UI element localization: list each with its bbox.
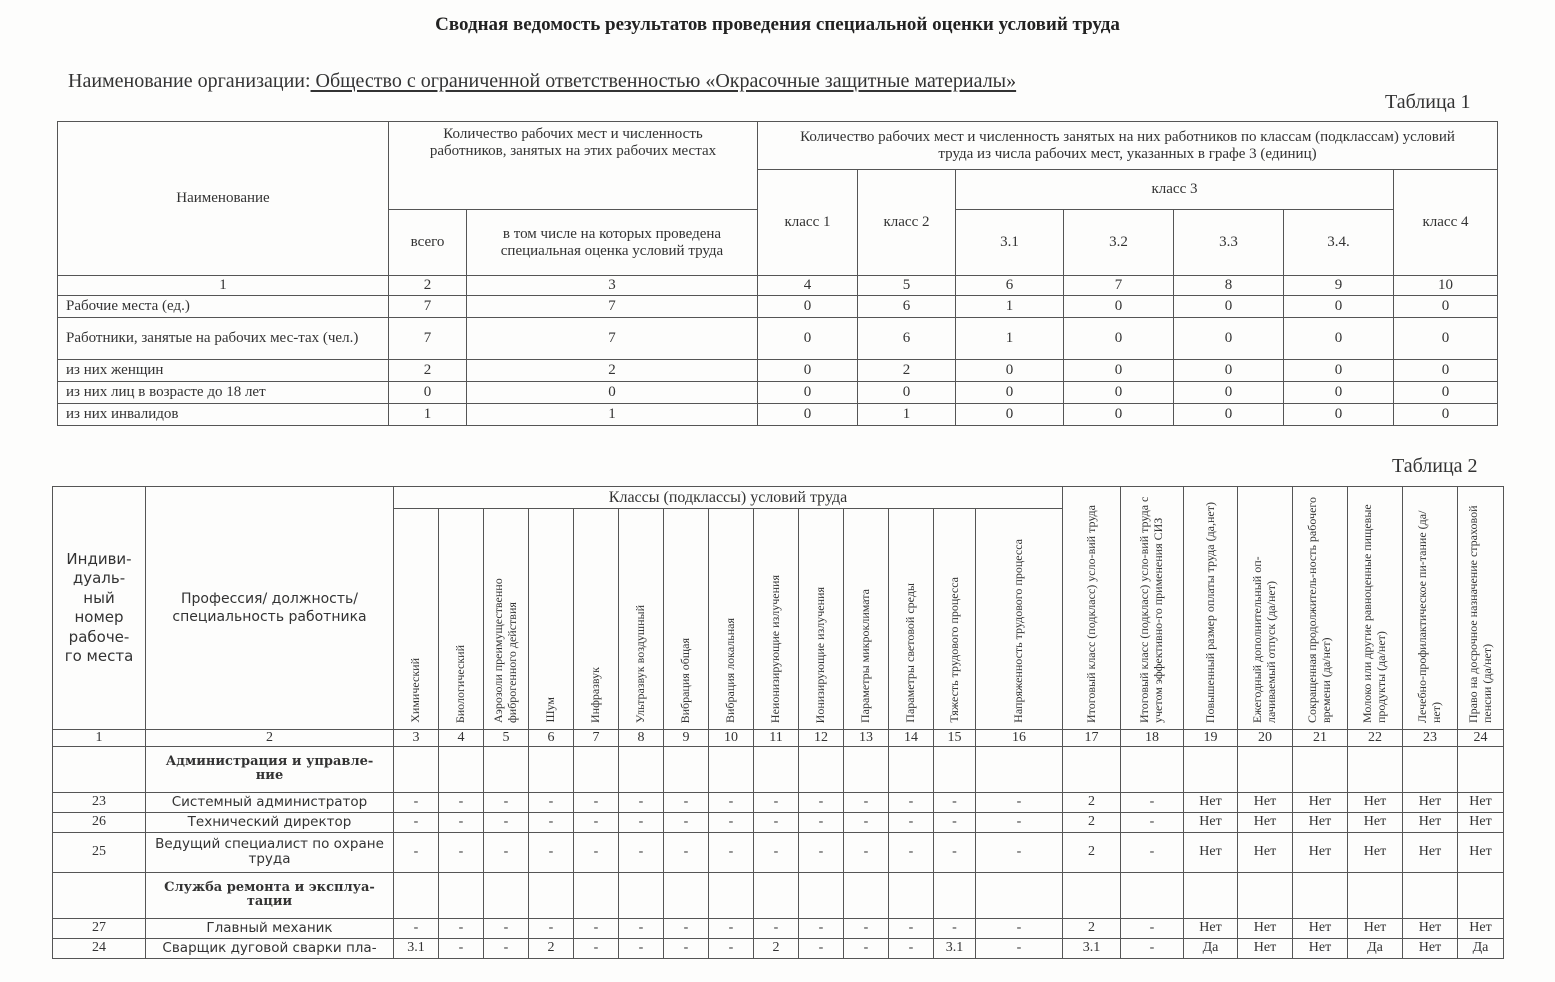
workplace-id: 26: [53, 812, 146, 832]
cell-value: 3.1: [1063, 938, 1121, 958]
section-row: Администрация и управле-ние: [53, 746, 1504, 792]
cell-value: 0: [1064, 296, 1174, 318]
empty-cell: [439, 872, 484, 918]
column-number: 20: [1238, 730, 1293, 747]
column-number: 7: [574, 730, 619, 747]
empty-cell: [619, 746, 664, 792]
column-number: 10: [709, 730, 754, 747]
cell-value: Нет: [1293, 792, 1348, 812]
row-name: из них лиц в возрасте до 18 лет: [58, 382, 389, 404]
cell-value: -: [484, 792, 529, 812]
row-name: Работники, занятые на рабочих мес-тах (ч…: [58, 318, 389, 360]
document-title: Сводная ведомость результатов проведения…: [0, 14, 1555, 36]
empty-cell: [439, 746, 484, 792]
cell-value: 2: [529, 938, 574, 958]
empty-cell: [394, 746, 439, 792]
cell-value: -: [844, 792, 889, 812]
empty-cell: [1458, 872, 1504, 918]
empty-cell: [1293, 746, 1348, 792]
empty-cell: [976, 872, 1063, 918]
workplace-id: 25: [53, 832, 146, 872]
cell-value: Нет: [1238, 918, 1293, 938]
cell-value: Нет: [1458, 918, 1504, 938]
empty-cell: [889, 746, 934, 792]
column-number: 10: [1394, 276, 1498, 296]
cell-value: -: [976, 812, 1063, 832]
cell-value: 3.1: [934, 938, 976, 958]
cell-value: -: [889, 832, 934, 872]
column-number: 4: [439, 730, 484, 747]
column-number: 15: [934, 730, 976, 747]
table1-label: Таблица 1: [1385, 91, 1471, 114]
cell-value: -: [889, 938, 934, 958]
cell-value: Да: [1458, 938, 1504, 958]
cell-value: Нет: [1184, 918, 1238, 938]
cell-value: Нет: [1403, 918, 1458, 938]
column-number: 9: [664, 730, 709, 747]
cell-value: -: [709, 918, 754, 938]
header-profession-text: Профессия/ должность/ специальность рабо…: [172, 591, 366, 625]
empty-cell: [1348, 872, 1403, 918]
cell-value: 0: [1284, 318, 1394, 360]
cell-value: 7: [467, 296, 758, 318]
cell-value: 0: [1394, 318, 1498, 360]
cell-value: -: [934, 792, 976, 812]
cell-value: Нет: [1293, 918, 1348, 938]
profession-name: Технический директор: [146, 812, 394, 832]
table-row: 23Системный администратор--------------2…: [53, 792, 1504, 812]
cell-value: 0: [1064, 318, 1174, 360]
column-number: 24: [1458, 730, 1504, 747]
cell-value: Нет: [1458, 792, 1504, 812]
cell-value: Нет: [1238, 832, 1293, 872]
empty-cell: [976, 746, 1063, 792]
header-factor: Аэрозоли преимущественно фиброгенного де…: [484, 509, 529, 730]
cell-value: -: [934, 832, 976, 872]
cell-value: -: [484, 918, 529, 938]
cell-value: -: [754, 832, 799, 872]
empty-cell: [1348, 746, 1403, 792]
empty-cell: [1238, 872, 1293, 918]
empty-cell: [1184, 872, 1238, 918]
cell-value: 0: [1394, 382, 1498, 404]
header-factor: Ультразвук воздушный: [619, 509, 664, 730]
header-summary-text: Сокращенная продолжитель-ность рабочего …: [1306, 489, 1334, 729]
section-row: Служба ремонта и эксплуа-тации: [53, 872, 1504, 918]
table-row: Работники, занятые на рабочих мес-тах (ч…: [58, 318, 1498, 360]
cell-value: -: [574, 812, 619, 832]
workplace-id: 27: [53, 918, 146, 938]
cell-value: -: [619, 792, 664, 812]
column-number: 21: [1293, 730, 1348, 747]
header-summary-text: Лечебно-профилактическое пи-тание (да/не…: [1416, 489, 1444, 729]
header-factor: Биологический: [439, 509, 484, 730]
table2-label: Таблица 2: [1392, 455, 1478, 478]
row-name: из них инвалидов: [58, 404, 389, 426]
cell-value: 0: [1394, 404, 1498, 426]
table2-body: Администрация и управле-ние23Системный а…: [53, 746, 1504, 958]
cell-value: Нет: [1403, 812, 1458, 832]
empty-cell: [754, 872, 799, 918]
empty-cell: [1458, 746, 1504, 792]
cell-value: 2: [389, 360, 467, 382]
header-summary-text: Ежегодный дополнительный оп-лачиваемый о…: [1251, 489, 1279, 729]
column-number: 7: [1064, 276, 1174, 296]
cell-value: -: [844, 812, 889, 832]
empty-cell: [799, 872, 844, 918]
cell-value: Нет: [1184, 792, 1238, 812]
header-factor: Ионизирующие излучения: [799, 509, 844, 730]
header-sub-3-1: 3.1: [956, 210, 1064, 276]
cell-value: -: [799, 832, 844, 872]
cell-value: Нет: [1403, 938, 1458, 958]
cell-value: 3.1: [394, 938, 439, 958]
cell-value: -: [574, 832, 619, 872]
cell-value: -: [484, 812, 529, 832]
cell-value: -: [976, 832, 1063, 872]
cell-value: -: [799, 792, 844, 812]
cell-value: 0: [758, 296, 858, 318]
cell-value: 0: [758, 382, 858, 404]
header-factor: Химический: [394, 509, 439, 730]
cell-value: 0: [1174, 318, 1284, 360]
column-number: 12: [799, 730, 844, 747]
cell-value: 7: [389, 318, 467, 360]
cell-value: -: [709, 792, 754, 812]
row-name: Рабочие места (ед.): [58, 296, 389, 318]
organization-name: Общество с ограниченной ответственностью…: [311, 70, 1017, 92]
empty-cell: [1403, 872, 1458, 918]
column-number: 2: [389, 276, 467, 296]
header-profession: Профессия/ должность/ специальность рабо…: [146, 487, 394, 730]
cell-value: -: [844, 832, 889, 872]
empty-cell: [1063, 872, 1121, 918]
cell-value: 0: [758, 360, 858, 382]
column-number: 6: [956, 276, 1064, 296]
cell-value: -: [484, 938, 529, 958]
header-factor-text: Неионизирующие излучения: [769, 569, 783, 729]
empty-cell: [1063, 746, 1121, 792]
cell-value: -: [709, 812, 754, 832]
cell-value: 0: [1064, 404, 1174, 426]
table-row: из них инвалидов110100000: [58, 404, 1498, 426]
header-class4: класс 4: [1394, 170, 1498, 276]
section-id-empty: [53, 872, 146, 918]
cell-value: Нет: [1293, 832, 1348, 872]
cell-value: -: [709, 938, 754, 958]
cell-value: Нет: [1293, 938, 1348, 958]
header-summary: Итоговый класс (подкласс) усло-вий труда: [1063, 487, 1121, 730]
section-id-empty: [53, 746, 146, 792]
profession-name: Системный администратор: [146, 792, 394, 812]
header-sub-3-3: 3.3: [1174, 210, 1284, 276]
cell-value: -: [529, 918, 574, 938]
cell-value: 6: [858, 296, 956, 318]
cell-value: -: [976, 792, 1063, 812]
header-factor-text: Аэрозоли преимущественно фиброгенного де…: [492, 509, 520, 729]
header-summary-text: Молоко или другие равноценные пищевые пр…: [1361, 489, 1389, 729]
column-number: 19: [1184, 730, 1238, 747]
empty-cell: [709, 872, 754, 918]
header-factor: Параметры микроклимата: [844, 509, 889, 730]
cell-value: -: [619, 832, 664, 872]
header-class2: класс 2: [858, 170, 956, 276]
header-sub-3-2: 3.2: [1064, 210, 1174, 276]
empty-cell: [529, 872, 574, 918]
cell-value: 7: [389, 296, 467, 318]
header-factor-text: Вибрация локальная: [724, 612, 738, 729]
cell-value: -: [439, 792, 484, 812]
cell-value: 2: [754, 938, 799, 958]
header-factor-text: Ультразвук воздушный: [634, 599, 648, 729]
cell-value: 0: [758, 318, 858, 360]
column-number: 13: [844, 730, 889, 747]
section-name: Администрация и управле-ние: [146, 746, 394, 792]
cell-value: -: [844, 938, 889, 958]
cell-value: 2: [1063, 812, 1121, 832]
empty-cell: [664, 746, 709, 792]
header-factor: Параметры световой среды: [889, 509, 934, 730]
empty-cell: [1293, 872, 1348, 918]
empty-cell: [844, 872, 889, 918]
column-number: 4: [758, 276, 858, 296]
cell-value: Нет: [1238, 792, 1293, 812]
header-summary: Повышенный размер оплаты труда (да,нет): [1184, 487, 1238, 730]
empty-cell: [1403, 746, 1458, 792]
empty-cell: [799, 746, 844, 792]
cell-value: 0: [956, 382, 1064, 404]
row-name: из них женщин: [58, 360, 389, 382]
empty-cell: [619, 872, 664, 918]
column-number: 11: [754, 730, 799, 747]
header-factor-text: Вибрация общая: [679, 632, 693, 729]
table-row: Рабочие места (ед.)770610000: [58, 296, 1498, 318]
column-number: 3: [394, 730, 439, 747]
header-factor-text: Химический: [409, 652, 423, 729]
table-row: 24Сварщик дуговой сварки пла-3.1--2----2…: [53, 938, 1504, 958]
column-number: 23: [1403, 730, 1458, 747]
cell-value: -: [439, 832, 484, 872]
cell-value: -: [394, 918, 439, 938]
cell-value: 0: [858, 382, 956, 404]
column-number: 17: [1063, 730, 1121, 747]
cell-value: Нет: [1238, 938, 1293, 958]
cell-value: 0: [1284, 296, 1394, 318]
profession-name: Сварщик дуговой сварки пла-: [146, 938, 394, 958]
header-summary: Молоко или другие равноценные пищевые пр…: [1348, 487, 1403, 730]
column-number: 2: [146, 730, 394, 747]
header-factor-text: Инфразвук: [589, 661, 603, 729]
header-factor-text: Напряженность трудового процесса: [1012, 533, 1026, 729]
cell-value: Нет: [1184, 812, 1238, 832]
cell-value: -: [619, 812, 664, 832]
header-class1: класс 1: [758, 170, 858, 276]
cell-value: 0: [1174, 382, 1284, 404]
cell-value: -: [1121, 792, 1184, 812]
header-classes-group: Классы (подклассы) условий труда: [394, 487, 1063, 509]
cell-value: -: [664, 832, 709, 872]
header-workplace-id: Индиви-дуаль-ный номер рабоче-го места: [53, 487, 146, 730]
column-number: 9: [1284, 276, 1394, 296]
cell-value: 0: [1394, 360, 1498, 382]
organization-line: Наименование организации: Общество с огр…: [68, 70, 1016, 93]
header-summary: Итоговый класс (подкласс) усло-вий труда…: [1121, 487, 1184, 730]
cell-value: -: [574, 918, 619, 938]
header-factor: Шум: [529, 509, 574, 730]
cell-value: -: [799, 812, 844, 832]
header-workplace-id-text: Индиви-дуаль-ный номер рабоче-го места: [65, 550, 134, 666]
cell-value: -: [529, 812, 574, 832]
cell-value: -: [394, 812, 439, 832]
column-number: 22: [1348, 730, 1403, 747]
cell-value: 0: [956, 404, 1064, 426]
cell-value: -: [664, 938, 709, 958]
header-factor-text: Ионизирующие излучения: [814, 581, 828, 729]
header-factor-text: Тяжесть трудового процесса: [948, 571, 962, 729]
column-number: 16: [976, 730, 1063, 747]
cell-value: -: [889, 792, 934, 812]
header-summary-text: Итоговый класс (подкласс) усло-вий труда: [1085, 499, 1099, 729]
cell-value: 0: [389, 382, 467, 404]
profession-name: Главный механик: [146, 918, 394, 938]
column-number-row: 123456789101112131415161718192021222324: [53, 730, 1504, 747]
table-row: из них лиц в возрасте до 18 лет000000000: [58, 382, 1498, 404]
cell-value: 2: [1063, 918, 1121, 938]
cell-value: 0: [467, 382, 758, 404]
table-row: из них женщин220200000: [58, 360, 1498, 382]
cell-value: 1: [956, 296, 1064, 318]
cell-value: Нет: [1238, 812, 1293, 832]
empty-cell: [664, 872, 709, 918]
cell-value: 0: [758, 404, 858, 426]
header-factor-text: Биологический: [454, 639, 468, 729]
cell-value: -: [934, 812, 976, 832]
column-number: 18: [1121, 730, 1184, 747]
cell-value: Нет: [1348, 918, 1403, 938]
profession-name: Ведущий специалист по охране труда: [146, 832, 394, 872]
header-workplaces-group: Количество рабочих мест и численность ра…: [389, 122, 758, 210]
empty-cell: [394, 872, 439, 918]
cell-value: 0: [1284, 360, 1394, 382]
empty-cell: [529, 746, 574, 792]
cell-value: 1: [956, 318, 1064, 360]
cell-value: Нет: [1348, 812, 1403, 832]
header-factor-text: Параметры световой среды: [904, 577, 918, 729]
cell-value: -: [799, 918, 844, 938]
column-number: 1: [53, 730, 146, 747]
header-assessed: в том числе на которых проведена специал…: [467, 210, 758, 276]
cell-value: Нет: [1458, 832, 1504, 872]
table-row: 25Ведущий специалист по охране труда----…: [53, 832, 1504, 872]
cell-value: -: [619, 918, 664, 938]
cell-value: 1: [467, 404, 758, 426]
cell-value: -: [484, 832, 529, 872]
header-summary-text: Повышенный размер оплаты труда (да,нет): [1204, 496, 1218, 729]
cell-value: 2: [1063, 792, 1121, 812]
cell-value: 2: [858, 360, 956, 382]
cell-value: -: [844, 918, 889, 938]
table1-body: Рабочие места (ед.)770610000Работники, з…: [58, 296, 1498, 426]
header-summary-text: Право на досрочное назначение страховой …: [1467, 489, 1495, 729]
header-name: Наименование: [58, 122, 389, 276]
empty-cell: [754, 746, 799, 792]
cell-value: Нет: [1293, 812, 1348, 832]
cell-value: -: [439, 918, 484, 938]
workplace-id: 24: [53, 938, 146, 958]
header-factor: Тяжесть трудового процесса: [934, 509, 976, 730]
cell-value: -: [439, 812, 484, 832]
cell-value: 0: [956, 360, 1064, 382]
header-factor: Вибрация локальная: [709, 509, 754, 730]
cell-value: -: [394, 792, 439, 812]
cell-value: Нет: [1184, 832, 1238, 872]
cell-value: 0: [1174, 360, 1284, 382]
cell-value: 2: [1063, 832, 1121, 872]
empty-cell: [934, 872, 976, 918]
cell-value: -: [1121, 812, 1184, 832]
empty-cell: [574, 872, 619, 918]
cell-value: -: [1121, 832, 1184, 872]
header-factor: Неионизирующие излучения: [754, 509, 799, 730]
cell-value: -: [799, 938, 844, 958]
header-sub-3-4: 3.4.: [1284, 210, 1394, 276]
empty-cell: [889, 872, 934, 918]
empty-cell: [484, 746, 529, 792]
cell-value: 0: [1284, 382, 1394, 404]
empty-cell: [844, 746, 889, 792]
summary-table-2: Индиви-дуаль-ный номер рабоче-го места П…: [52, 486, 1504, 959]
cell-value: -: [709, 832, 754, 872]
cell-value: 0: [1394, 296, 1498, 318]
cell-value: 6: [858, 318, 956, 360]
section-name: Служба ремонта и эксплуа-тации: [146, 872, 394, 918]
cell-value: -: [529, 832, 574, 872]
cell-value: 1: [858, 404, 956, 426]
cell-value: Нет: [1348, 792, 1403, 812]
header-summary-text: Итоговый класс (подкласс) усло-вий труда…: [1138, 489, 1166, 729]
empty-cell: [934, 746, 976, 792]
column-number: 6: [529, 730, 574, 747]
cell-value: -: [574, 938, 619, 958]
cell-value: -: [529, 792, 574, 812]
empty-cell: [1121, 872, 1184, 918]
cell-value: 0: [1174, 404, 1284, 426]
empty-cell: [574, 746, 619, 792]
column-number: 14: [889, 730, 934, 747]
workplace-id: 23: [53, 792, 146, 812]
header-classes-group: Количество рабочих мест и численность за…: [758, 122, 1498, 170]
cell-value: -: [574, 792, 619, 812]
cell-value: -: [439, 938, 484, 958]
cell-value: -: [976, 918, 1063, 938]
cell-value: Да: [1348, 938, 1403, 958]
column-number: 5: [484, 730, 529, 747]
cell-value: -: [664, 792, 709, 812]
empty-cell: [484, 872, 529, 918]
cell-value: -: [664, 812, 709, 832]
header-factor-text: Параметры микроклимата: [859, 583, 873, 729]
cell-value: -: [754, 812, 799, 832]
header-class3: класс 3: [956, 170, 1394, 210]
empty-cell: [1238, 746, 1293, 792]
cell-value: 0: [1064, 360, 1174, 382]
cell-value: -: [754, 918, 799, 938]
cell-value: -: [754, 792, 799, 812]
cell-value: -: [934, 918, 976, 938]
header-factor: Вибрация общая: [664, 509, 709, 730]
cell-value: 2: [467, 360, 758, 382]
cell-value: -: [889, 918, 934, 938]
